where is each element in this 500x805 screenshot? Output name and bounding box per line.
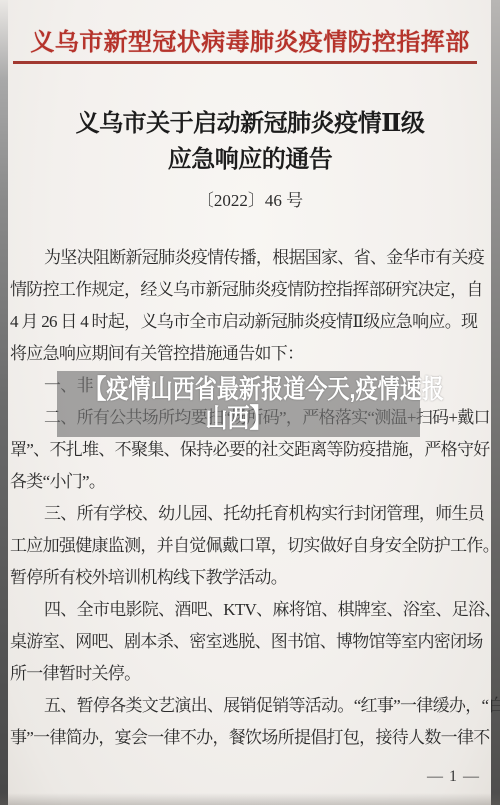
doc-line-15: 五、暂停各类文艺演出、展销促销等活动。“红事”一律缓办，“白 <box>10 690 488 722</box>
doc-line-9: 三、所有学校、幼儿园、托幼托育机构实行封闭管理，师生员 <box>10 498 488 530</box>
doc-line-3: 4 月 26 日 4 时起，义乌市全市启动新冠肺炎疫情Ⅱ级应急响应。现 <box>10 306 488 338</box>
photo-bottom-edge <box>0 793 500 805</box>
watermark-overlay-banner: 【疫情山西省最新报道今天,疫情速报 山西】 <box>57 371 420 437</box>
document-title-line2: 应急响应的通告 <box>0 142 500 178</box>
document-number: 〔2022〕46 号 <box>0 186 500 211</box>
doc-line-14: 所一律暂时关停。 <box>10 658 488 690</box>
page-number: — 1 — <box>427 768 480 786</box>
doc-line-11: 暂停所有校外培训机构线下教学活动。 <box>10 562 488 594</box>
letterhead-red-rule <box>13 61 477 64</box>
doc-line-4: 将应急响应期间有关管控措施通告如下： <box>10 338 488 370</box>
watermark-text-line1: 【疫情山西省最新报道今天,疫情速报 <box>84 375 393 404</box>
document-photo: 义乌市新型冠状病毒肺炎疫情防控指挥部 义乌市关于启动新冠肺炎疫情Ⅱ级 应急响应的… <box>0 0 500 805</box>
doc-line-16: 事”一律简办，宴会一律不办，餐饮场所提倡打包，接待人数一律不 <box>10 722 488 754</box>
doc-line-8: 各类“小门”。 <box>10 466 488 498</box>
letterhead-org-name: 义乌市新型冠状病毒肺炎疫情防控指挥部 <box>0 22 500 57</box>
doc-line-12: 四、全市电影院、酒吧、KTV、麻将馆、棋牌室、浴室、足浴、 <box>10 594 488 626</box>
doc-line-10: 工应加强健康监测，并自觉佩戴口罩，切实做好自身安全防护工作。 <box>10 530 488 562</box>
document-title: 义乌市关于启动新冠肺炎疫情Ⅱ级 应急响应的通告 <box>0 106 500 178</box>
doc-line-7: 罩”、不扎堆、不聚集、保持必要的社交距离等防疫措施，严格守好 <box>10 434 488 466</box>
doc-line-1: 为坚决阻断新冠肺炎疫情传播，根据国家、省、金华市有关疫 <box>10 242 488 274</box>
doc-line-13: 桌游室、网吧、剧本杀、密室逃脱、图书馆、博物馆等室内密闭场 <box>10 626 488 658</box>
document-title-line1: 义乌市关于启动新冠肺炎疫情Ⅱ级 <box>0 106 500 142</box>
doc-line-2: 情防控工作规定，经义乌市新冠肺炎疫情防控指挥部研究决定，自 <box>10 274 488 306</box>
document-body: 为坚决阻断新冠肺炎疫情传播，根据国家、省、金华市有关疫 情防控工作规定，经义乌市… <box>10 242 488 754</box>
watermark-text-line2: 山西】 <box>84 404 393 433</box>
